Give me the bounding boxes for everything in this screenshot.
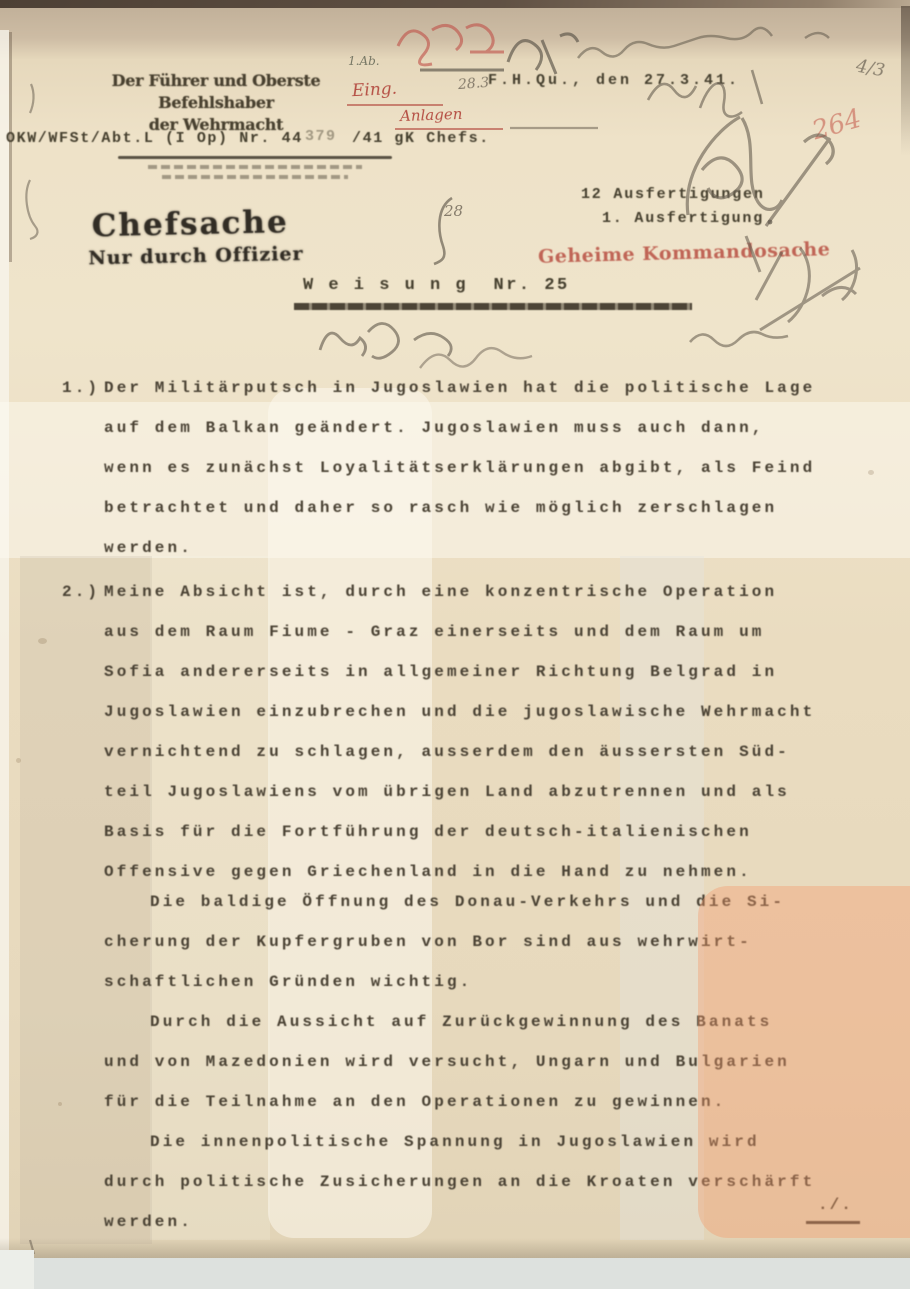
- letterhead-line1: Der Führer und Oberste Befehlshaber: [60, 70, 372, 114]
- scan-top-edge: [0, 0, 910, 8]
- paragraph-3: Die baldige Öffnung des Donau-Verkehrs u…: [60, 882, 872, 1002]
- continuation-underline: [806, 1221, 860, 1224]
- date-line: F.H.Qu., den 27.3.41.: [488, 72, 740, 89]
- continuation-mark: ./.: [818, 1196, 853, 1214]
- paragraph-1: 1.) Der Militärputsch in Jugoslawien hat…: [60, 368, 872, 568]
- fine-print-line2: [162, 175, 348, 179]
- directive-title: W e i s u n g Nr. 25: [303, 276, 570, 295]
- eingang-note: Eing.: [352, 79, 398, 101]
- body-line: schaftlichen Gründen wichtig.: [104, 962, 872, 1002]
- pencil-scrawl-above-paragraph1: [420, 348, 532, 368]
- paragraph-5: Die innenpolitische Spannung in Jugoslaw…: [60, 1122, 872, 1242]
- corner-pencil-note: 4/3: [854, 56, 886, 82]
- body-line: Meine Absicht ist, durch eine konzentris…: [104, 572, 872, 612]
- red-page-number: 264: [809, 104, 865, 147]
- body-line: cherung der Kupfergruben von Bor sind au…: [104, 922, 872, 962]
- red-ink-scribble-top: [398, 25, 504, 65]
- pencil-dot: [768, 220, 773, 225]
- paragraph-lines: Der Militärputsch in Jugoslawien hat die…: [104, 368, 872, 568]
- body-line: werden.: [104, 528, 872, 568]
- body-line: Jugoslawien einzubrechen und die jugosla…: [104, 692, 872, 732]
- file-reference-right: /41 gK Chefs.: [352, 130, 490, 147]
- body-line: vernichtend zu schlagen, ausserdem den ä…: [104, 732, 872, 772]
- chefsache-stamp-line2: Nur durch Offizier: [88, 243, 304, 270]
- copies-line1: 12 Ausfertigungen: [581, 186, 765, 203]
- anlagen-note: Anlagen: [400, 105, 463, 125]
- body-line: aus dem Raum Fiume - Graz einerseits und…: [104, 612, 872, 652]
- scan-bottom-corner: [0, 1250, 34, 1289]
- paragraph-2: 2.) Meine Absicht ist, durch eine konzen…: [60, 572, 872, 892]
- paragraph-lines: Meine Absicht ist, durch eine konzentris…: [104, 572, 872, 892]
- body-line: teil Jugoslawiens vom übrigen Land abzut…: [104, 772, 872, 812]
- body-line: Basis für die Fortführung der deutsch-it…: [104, 812, 872, 852]
- fine-print-line1: [148, 165, 362, 169]
- body-line: auf dem Balkan geändert. Jugoslawien mus…: [104, 408, 872, 448]
- body-line: und von Mazedonien wird versucht, Ungarn…: [104, 1042, 872, 1082]
- chefsache-stamp-line1: Chefsache: [91, 204, 303, 244]
- chefsache-stamp: Chefsache Nur durch Offizier: [91, 204, 303, 269]
- paragraph-lines: Die baldige Öffnung des Donau-Verkehrs u…: [104, 882, 872, 1002]
- paper-stain: [38, 638, 47, 644]
- paper-stain: [16, 758, 21, 763]
- title-underline: [294, 303, 692, 310]
- body-line: durch politische Zusicherungen an die Kr…: [104, 1162, 872, 1202]
- paragraph-number: 1.): [62, 368, 100, 408]
- body-line: Durch die Aussicht auf Zurückgewinnung d…: [104, 1002, 872, 1042]
- file-reference-insert: 379: [305, 128, 337, 145]
- pencil-number-note: 28: [444, 202, 463, 220]
- body-line: betrachtet und daher so rasch wie möglic…: [104, 488, 872, 528]
- pencil-scribble-below-title: [320, 323, 451, 358]
- body-line: Die baldige Öffnung des Donau-Verkehrs u…: [104, 882, 872, 922]
- body-line: wenn es zunächst Loyalitätserklärungen a…: [104, 448, 872, 488]
- routing-note: 1.Ab.: [348, 54, 380, 68]
- body-line: für die Teilnahme an den Operationen zu …: [104, 1082, 872, 1122]
- body-line: Sofia andererseits in allgemeiner Richtu…: [104, 652, 872, 692]
- scan-bottom-strip: [0, 1258, 910, 1289]
- scanned-document-page: Der Führer und Oberste Befehlshaber der …: [0, 0, 910, 1289]
- letterhead-rule: [118, 156, 392, 159]
- body-line: Der Militärputsch in Jugoslawien hat die…: [104, 368, 872, 408]
- anlagen-underline: [395, 128, 503, 130]
- pencil-signature-line: [690, 332, 788, 346]
- body-line: Die innenpolitische Spannung in Jugoslaw…: [104, 1122, 872, 1162]
- scan-left-edge: [0, 30, 9, 1289]
- paragraph-lines: Die innenpolitische Spannung in Jugoslaw…: [104, 1122, 872, 1242]
- letterhead: Der Führer und Oberste Befehlshaber der …: [60, 70, 372, 136]
- eingang-date: 28.3: [457, 75, 489, 93]
- file-reference-left: OKW/WFSt/Abt.L (I Op) Nr. 44: [6, 130, 303, 147]
- pencil-cursive-top-right: [578, 28, 829, 58]
- scan-left-line: [9, 32, 12, 262]
- paragraph-4: Durch die Aussicht auf Zurückgewinnung d…: [60, 1002, 872, 1122]
- scan-right-edge: [901, 6, 910, 156]
- paragraph-lines: Durch die Aussicht auf Zurückgewinnung d…: [104, 1002, 872, 1122]
- copies-line2: 1. Ausfertigung: [602, 210, 764, 227]
- pencil-scribble-top-center: [420, 34, 578, 74]
- paragraph-number: 2.): [62, 572, 100, 612]
- geheime-kommandosache-stamp: Geheime Kommandosache: [538, 238, 831, 268]
- body-line: werden.: [104, 1202, 872, 1242]
